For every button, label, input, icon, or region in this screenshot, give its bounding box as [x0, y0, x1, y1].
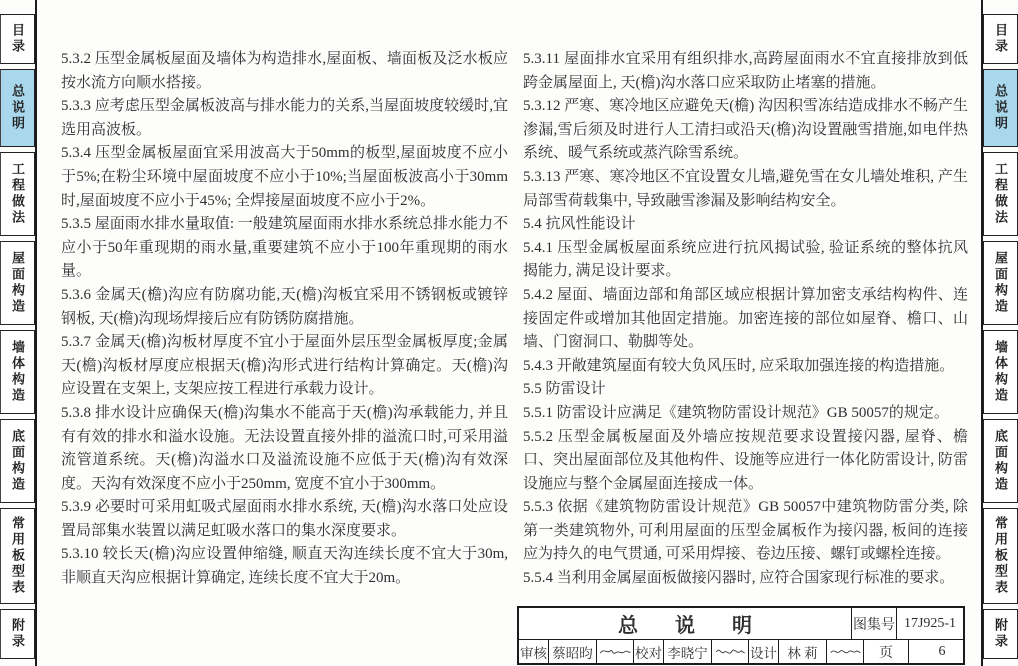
clause-paragraph: 5.4 抗风性能设计: [523, 213, 968, 237]
sidebar-tab-label: 底面构造: [994, 429, 1007, 493]
proofreader-name: 李晓宁: [664, 640, 712, 663]
proofreader-signature-icon: [712, 640, 749, 663]
left-tab-sidebar: 目录总说明工程做法屋面构造墙体构造底面构造常用板型表附录: [0, 0, 37, 666]
atlas-number-label: 图集号: [852, 608, 897, 639]
sidebar-tab-label: 总说明: [11, 84, 24, 132]
clause-paragraph: 5.3.4 压型金属板屋面宜采用波高大于50mm的板型,屋面坡度不应小于5%;在…: [61, 142, 508, 213]
clause-paragraph: 5.3.7 金属天(檐)沟板材厚度不宜小于屋面外层压型金属板厚度;金属天(檐)沟…: [61, 331, 508, 402]
sidebar-tab-7[interactable]: 附录: [0, 609, 35, 659]
clause-paragraph: 5.5.1 防雷设计应满足《建筑物防雷设计规范》GB 50057的规定。: [523, 402, 968, 426]
sidebar-tab-6[interactable]: 常用板型表: [0, 508, 35, 604]
proofreader-label: 校对: [634, 640, 664, 663]
standard-atlas-page: { "colors": { "active_tab": "#a9d7ec", "…: [0, 0, 1018, 666]
designer-label: 设计: [749, 640, 779, 663]
page-number-label: 页: [864, 640, 909, 663]
sidebar-tab-label: 底面构造: [11, 429, 24, 493]
sidebar-tab-label: 目录: [994, 23, 1007, 55]
right-tab-sidebar: 目录总说明工程做法屋面构造墙体构造底面构造常用板型表附录: [981, 0, 1018, 666]
clause-paragraph: 5.3.2 压型金属板屋面及墙体为构造排水,屋面板、墙面板及泛水板应按水流方向顺…: [61, 48, 508, 95]
clause-paragraph: 5.5.4 当利用金属屋面板做接闪器时, 应符合国家现行标准的要求。: [523, 567, 968, 591]
sidebar-tab-2[interactable]: 工程做法: [983, 152, 1018, 236]
sidebar-tab-label: 常用板型表: [11, 516, 24, 596]
sidebar-tab-label: 墙体构造: [11, 340, 24, 404]
clause-paragraph: 5.3.5 屋面雨水排水量取值: 一般建筑屋面雨水排水系统总排水能力不应小于50…: [61, 213, 508, 284]
page-number-value: 6: [909, 640, 975, 663]
clause-paragraph: 5.4.2 屋面、墙面边部和角部区域应根据计算加密支承结构构件、连接固定件或增加…: [523, 284, 968, 355]
clause-paragraph: 5.4.1 压型金属板屋面系统应进行抗风揭试验, 验证系统的整体抗风揭能力, 满…: [523, 237, 968, 284]
clause-paragraph: 5.5.3 依据《建筑物防雷设计规范》GB 50057中建筑物防雷分类, 除第一…: [523, 496, 968, 567]
sidebar-tab-label: 墙体构造: [994, 340, 1007, 404]
atlas-number-value: 17J925-1: [897, 608, 963, 639]
sidebar-tab-3[interactable]: 屋面构造: [0, 241, 35, 325]
page-content: 5.3.2 压型金属板屋面及墙体为构造排水,屋面板、墙面板及泛水板应按水流方向顺…: [37, 0, 981, 666]
sidebar-tab-0[interactable]: 目录: [0, 14, 35, 64]
clause-paragraph: 5.3.13 严寒、寒冷地区不宜设置女儿墙,避免雪在女儿墙处堆积, 产生局部雪荷…: [523, 166, 968, 213]
sidebar-tab-6[interactable]: 常用板型表: [983, 508, 1018, 604]
clauses-column-right: 5.3.11 屋面排水宜采用有组织排水,高跨屋面雨水不宜直接排放到低跨金属屋面上…: [523, 48, 968, 591]
drawing-title-block: 总 说 明 图集号 17J925-1 审核 蔡昭昀 校对 李晓宁 设计 林 莉 …: [517, 606, 965, 665]
sidebar-tab-1[interactable]: 总说明: [0, 69, 35, 147]
reviewer-name: 蔡昭昀: [549, 640, 597, 663]
designer-name: 林 莉: [779, 640, 827, 663]
clause-paragraph: 5.3.3 应考虑压型金属板波高与排水能力的关系,当屋面坡度较缓时,宜选用高波板…: [61, 95, 508, 142]
clause-paragraph: 5.3.11 屋面排水宜采用有组织排水,高跨屋面雨水不宜直接排放到低跨金属屋面上…: [523, 48, 968, 95]
sidebar-tab-5[interactable]: 底面构造: [983, 419, 1018, 503]
reviewer-signature-icon: [597, 640, 634, 663]
sheet-title: 总 说 明: [519, 608, 852, 639]
sidebar-tab-4[interactable]: 墙体构造: [0, 330, 35, 414]
sidebar-tab-label: 工程做法: [994, 162, 1007, 226]
clause-paragraph: 5.3.9 必要时可采用虹吸式屋面雨水排水系统, 天(檐)沟水落口处应设置局部集…: [61, 496, 508, 543]
sidebar-tab-label: 目录: [11, 23, 24, 55]
clause-paragraph: 5.3.6 金属天(檐)沟应有防腐功能,天(檐)沟板宜采用不锈钢板或镀锌钢板, …: [61, 284, 508, 331]
clause-paragraph: 5.3.10 较长天(檐)沟应设置伸缩缝, 顺直天沟连续长度不宜大于30m, 非…: [61, 543, 508, 590]
sidebar-tab-7[interactable]: 附录: [983, 609, 1018, 659]
sidebar-tab-label: 屋面构造: [994, 251, 1007, 315]
clauses-column-left: 5.3.2 压型金属板屋面及墙体为构造排水,屋面板、墙面板及泛水板应按水流方向顺…: [61, 48, 508, 591]
clause-paragraph: 5.4.3 开敞建筑屋面有较大负风压时, 应采取加强连接的构造措施。: [523, 355, 968, 379]
designer-signature-icon: [827, 640, 864, 663]
clause-paragraph: 5.3.12 严寒、寒冷地区应避免天(檐) 沟因积雪冻结造成排水不畅产生渗漏,雪…: [523, 95, 968, 166]
sidebar-tab-0[interactable]: 目录: [983, 14, 1018, 64]
sidebar-tab-5[interactable]: 底面构造: [0, 419, 35, 503]
clause-paragraph: 5.5.2 压型金属板屋面及外墙应按规范要求设置接闪器, 屋脊、檐口、突出屋面部…: [523, 426, 968, 497]
sidebar-tab-2[interactable]: 工程做法: [0, 152, 35, 236]
clause-paragraph: 5.3.8 排水设计应确保天(檐)沟集水不能高于天(檐)沟承载能力, 并且有有效…: [61, 402, 508, 496]
sidebar-tab-label: 工程做法: [11, 162, 24, 226]
sidebar-tab-4[interactable]: 墙体构造: [983, 330, 1018, 414]
sidebar-tab-3[interactable]: 屋面构造: [983, 241, 1018, 325]
sidebar-tab-label: 屋面构造: [11, 251, 24, 315]
clause-paragraph: 5.5 防雷设计: [523, 378, 968, 402]
sidebar-tab-1[interactable]: 总说明: [983, 69, 1018, 147]
sidebar-tab-label: 附录: [994, 618, 1007, 650]
sidebar-tab-label: 常用板型表: [994, 516, 1007, 596]
sidebar-tab-label: 总说明: [994, 84, 1007, 132]
sidebar-tab-label: 附录: [11, 618, 24, 650]
reviewer-label: 审核: [519, 640, 549, 663]
